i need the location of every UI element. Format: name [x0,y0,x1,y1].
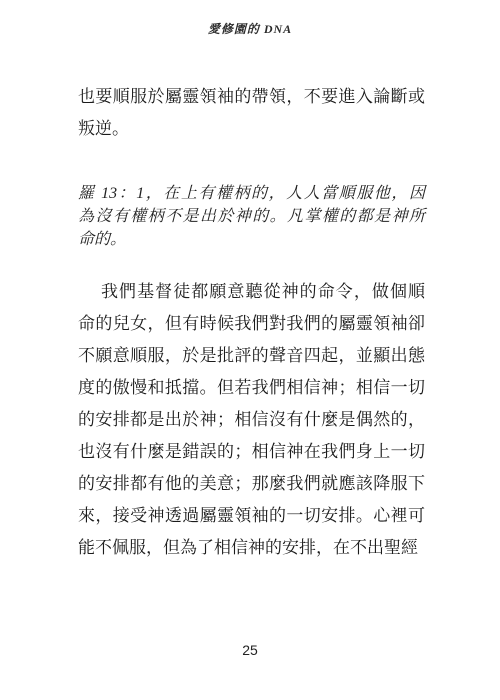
text-line: 命的兒女，但有時候我們對我們的屬靈領袖卻 [78,308,425,340]
text-line: 的安排都有他的美意；那麼我們就應該降服下 [78,468,425,500]
text-line: 不願意順服，於是批評的聲音四起，並顯出態 [78,340,425,372]
text-line: 為沒有權柄不是出於神的。凡掌權的都是神所 [78,205,425,228]
paragraph-main: 我們基督徒都願意聽從神的命令，做個順命的兒女，但有時候我們對我們的屬靈領袖卻不願… [78,276,425,564]
text-line: 命的。 [78,228,425,251]
book-page: 愛修園的 DNA 也要順服於屬靈領袖的帶領，不要進入論斷或叛逆。 羅 13：1，… [0,0,500,700]
text-line: 也沒有什麼是錯誤的；相信神在我們身上一切 [78,436,425,468]
text-line: 羅 13：1，在上有權柄的，人人當順服他，因 [78,182,425,205]
text-line: 的安排都是出於神；相信沒有什麼是偶然的， [78,404,425,436]
page-number: 25 [0,642,500,658]
scripture-quote: 羅 13：1，在上有權柄的，人人當順服他，因為沒有權柄不是出於神的。凡掌權的都是… [78,182,425,251]
text-line: 也要順服於屬靈領袖的帶領，不要進入論斷或 [78,81,425,113]
text-line: 能不佩服，但為了相信神的安排，在不出聖經 [78,532,425,564]
text-line: 來，接受神透過屬靈領袖的一切安排。心裡可 [78,500,425,532]
text-line: 我們基督徒都願意聽從神的命令，做個順 [78,276,425,308]
paragraph-continued: 也要順服於屬靈領袖的帶領，不要進入論斷或叛逆。 [78,81,425,145]
running-header: 愛修園的 DNA [0,20,500,37]
text-line: 度的傲慢和抵擋。但若我們相信神；相信一切 [78,372,425,404]
text-line: 叛逆。 [78,113,425,145]
